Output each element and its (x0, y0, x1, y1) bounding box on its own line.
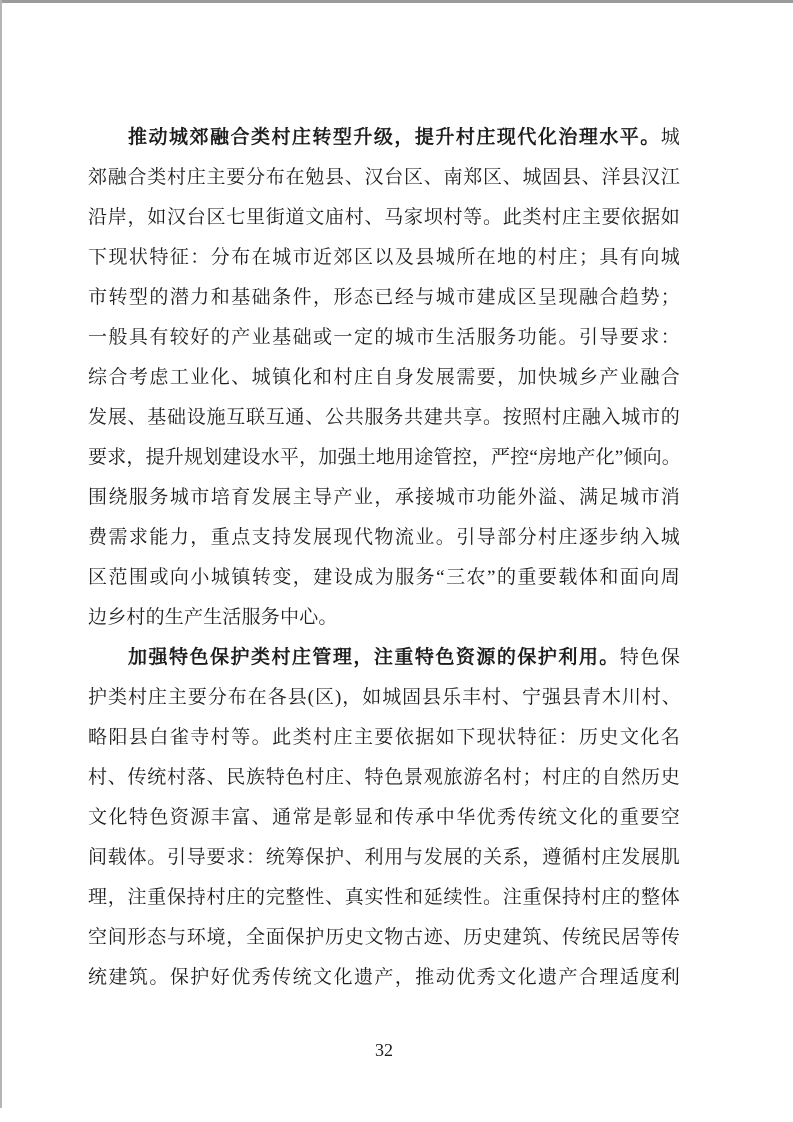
line-text: 费需求能力，重点支持发展现代物流业。引导部分村庄逐步纳入城 (88, 527, 680, 548)
line-text: 区范围或向小城镇转变，建设成为服务“三农”的重要载体和面向周 (88, 567, 680, 588)
line-text: 理，注重保持村庄的完整性、真实性和延续性。注重保持村庄的整体 (88, 887, 680, 908)
text-line: 发展、基础设施互联互通、公共服务共建共享。按照村庄融入城市的 (88, 398, 680, 438)
text-line: 沿岸，如汉台区七里街道文庙村、马家坝村等。此类村庄主要依据如 (88, 198, 680, 238)
line-text: 略阳县白雀寺村等。此类村庄主要依据如下现状特征：历史文化名 (88, 727, 680, 748)
text-line: 下现状特征：分布在城市近郊区以及县城所在地的村庄；具有向城 (88, 238, 680, 278)
line-text: 文化特色资源丰富、通常是彰显和传承中华优秀传统文化的重要空 (88, 807, 680, 828)
line-text: 空间形态与环境，全面保护历史文物古迹、历史建筑、传统民居等传 (88, 927, 680, 948)
paragraph-lead-bold: 推动城郊融合类村庄转型升级，提升村庄现代化治理水平。 (128, 127, 661, 148)
line-text: 市转型的潜力和基础条件，形态已经与城市建成区呈现融合趋势； (88, 287, 680, 308)
text-line: 统建筑。保护好优秀传统文化遗产，推动优秀文化遗产合理适度利 (88, 958, 680, 998)
line-text: 围绕服务城市培育发展主导产业，承接城市功能外溢、满足城市消 (88, 487, 680, 508)
line-text: 郊融合类村庄主要分布在勉县、汉台区、南郑区、城固县、洋县汉江 (88, 167, 680, 188)
line-text: 下现状特征：分布在城市近郊区以及县城所在地的村庄；具有向城 (88, 247, 680, 268)
text-line: 略阳县白雀寺村等。此类村庄主要依据如下现状特征：历史文化名 (88, 718, 680, 758)
line-text: 要求，提升规划建设水平，加强土地用途管控，严控“房地产化”倾向。 (88, 447, 680, 468)
paragraph-lead-bold: 加强特色保护类村庄管理，注重特色资源的保护利用。 (128, 647, 620, 668)
line-text: 综合考虑工业化、城镇化和村庄自身发展需要，加快城乡产业融合 (88, 367, 680, 388)
text-line: 护类村庄主要分布在各县(区)，如城固县乐丰村、宁强县青木川村、 (88, 678, 680, 718)
text-line: 一般具有较好的产业基础或一定的城市生活服务功能。引导要求： (88, 318, 680, 358)
text-line: 文化特色资源丰富、通常是彰显和传承中华优秀传统文化的重要空 (88, 798, 680, 838)
text-line: 推动城郊融合类村庄转型升级，提升村庄现代化治理水平。城 (88, 118, 680, 158)
text-line: 村、传统村落、民族特色村庄、特色景观旅游名村；村庄的自然历史 (88, 758, 680, 798)
line-text: 间载体。引导要求：统筹保护、利用与发展的关系，遵循村庄发展肌 (88, 847, 680, 868)
line-text: 统建筑。保护好优秀传统文化遗产，推动优秀文化遗产合理适度利 (88, 967, 680, 988)
line-text: 护类村庄主要分布在各县(区)，如城固县乐丰村、宁强县青木川村、 (88, 687, 680, 708)
text-line: 综合考虑工业化、城镇化和村庄自身发展需要，加快城乡产业融合 (88, 358, 680, 398)
text-line: 边乡村的生产生活服务中心。 (88, 598, 680, 638)
text-line: 费需求能力，重点支持发展现代物流业。引导部分村庄逐步纳入城 (88, 518, 680, 558)
text-line: 空间形态与环境，全面保护历史文物古迹、历史建筑、传统民居等传 (88, 918, 680, 958)
text-line: 市转型的潜力和基础条件，形态已经与城市建成区呈现融合趋势； (88, 278, 680, 318)
line-text: 边乡村的生产生活服务中心。 (88, 607, 338, 628)
text-line: 理，注重保持村庄的完整性、真实性和延续性。注重保持村庄的整体 (88, 878, 680, 918)
text-line: 区范围或向小城镇转变，建设成为服务“三农”的重要载体和面向周 (88, 558, 680, 598)
scan-edge-top (0, 0, 793, 3)
text-line: 郊融合类村庄主要分布在勉县、汉台区、南郑区、城固县、洋县汉江 (88, 158, 680, 198)
line-text: 城 (661, 127, 680, 148)
text-line: 间载体。引导要求：统筹保护、利用与发展的关系，遵循村庄发展肌 (88, 838, 680, 878)
text-line: 围绕服务城市培育发展主导产业，承接城市功能外溢、满足城市消 (88, 478, 680, 518)
text-block: 推动城郊融合类村庄转型升级，提升村庄现代化治理水平。城郊融合类村庄主要分布在勉县… (88, 118, 680, 998)
page-number: 32 (88, 1040, 680, 1061)
line-text: 特色保 (620, 647, 680, 668)
line-text: 发展、基础设施互联互通、公共服务共建共享。按照村庄融入城市的 (88, 407, 680, 428)
line-text: 沿岸，如汉台区七里街道文庙村、马家坝村等。此类村庄主要依据如 (88, 207, 680, 228)
line-text: 村、传统村落、民族特色村庄、特色景观旅游名村；村庄的自然历史 (88, 767, 680, 788)
text-line: 要求，提升规划建设水平，加强土地用途管控，严控“房地产化”倾向。 (88, 438, 680, 478)
line-text: 一般具有较好的产业基础或一定的城市生活服务功能。引导要求： (88, 327, 680, 348)
scan-edge-left (0, 0, 2, 1108)
text-line: 加强特色保护类村庄管理，注重特色资源的保护利用。特色保 (88, 638, 680, 678)
document-page: 推动城郊融合类村庄转型升级，提升村庄现代化治理水平。城郊融合类村庄主要分布在勉县… (0, 0, 793, 1122)
